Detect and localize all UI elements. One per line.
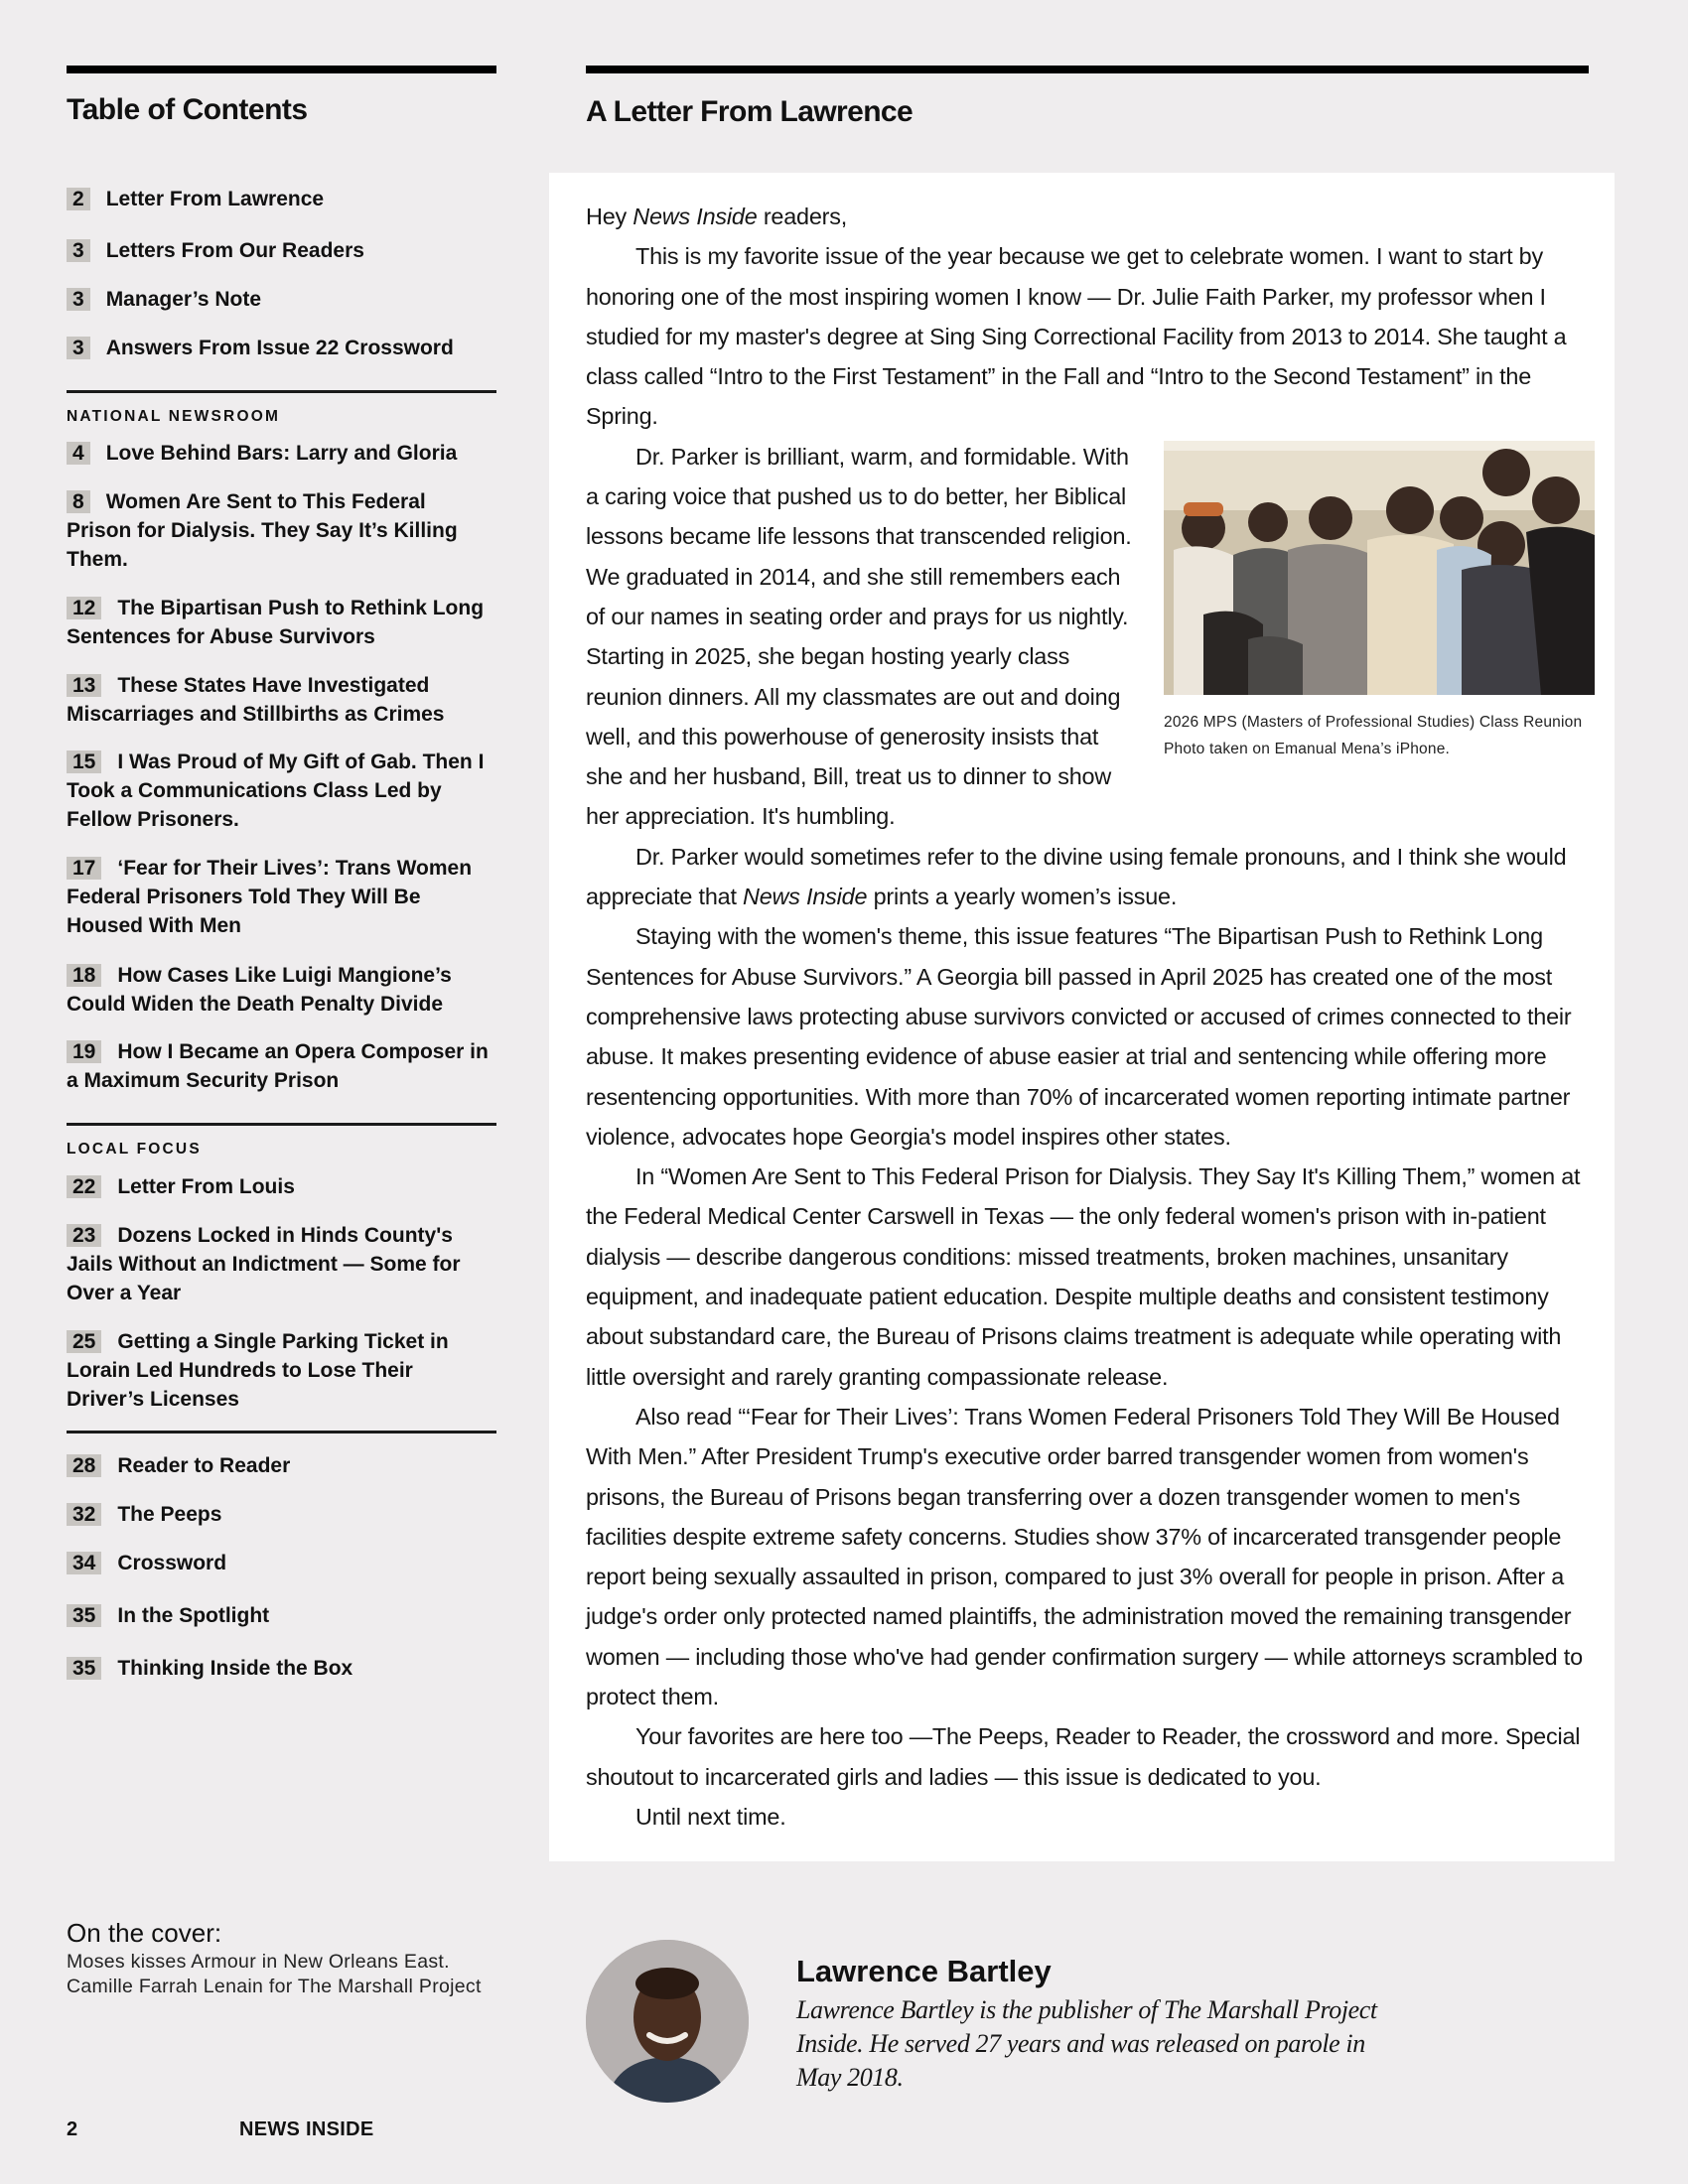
- toc-item[interactable]: 3Manager’s Note: [67, 285, 495, 314]
- author-name: Lawrence Bartley: [796, 1954, 1052, 1989]
- toc-item-title: How I Became an Opera Composer in a Maxi…: [67, 1040, 489, 1092]
- publication-name: News Inside: [743, 884, 867, 909]
- page-number-badge: 4: [67, 442, 90, 465]
- toc-item[interactable]: 2Letter From Lawrence: [67, 185, 495, 213]
- toc-item[interactable]: 35In the Spotlight: [67, 1601, 495, 1630]
- page-number-badge: 22: [67, 1175, 101, 1198]
- page-number-badge: 19: [67, 1040, 101, 1063]
- toc-divider: [67, 1431, 496, 1433]
- page-number-badge: 32: [67, 1503, 101, 1526]
- page-number-badge: 13: [67, 674, 101, 697]
- toc-item-title: Reader to Reader: [117, 1454, 290, 1477]
- toc-top-rule: [67, 66, 496, 73]
- toc-item-title: Letter From Lawrence: [106, 188, 324, 210]
- page-number-badge: 3: [67, 288, 90, 311]
- author-portrait-illustration: [586, 1940, 749, 2103]
- toc-item[interactable]: 34Crossword: [67, 1549, 495, 1577]
- toc-item-title: Women Are Sent to This Federal Prison fo…: [67, 490, 458, 571]
- reunion-group-photo[interactable]: [1164, 441, 1595, 695]
- letter-title: A Letter From Lawrence: [586, 95, 913, 129]
- page-number-badge: 25: [67, 1330, 101, 1353]
- page-number-badge: 18: [67, 964, 101, 987]
- toc-item-title: I Was Proud of My Gift of Gab. Then I To…: [67, 751, 484, 831]
- page-number-badge: 8: [67, 490, 90, 513]
- page-number-badge: 28: [67, 1454, 101, 1477]
- toc-item-title: The Bipartisan Push to Rethink Long Sent…: [67, 597, 484, 648]
- page-number-badge: 35: [67, 1604, 101, 1627]
- toc-divider: [67, 390, 496, 393]
- toc-item-title: Getting a Single Parking Ticket in Lorai…: [67, 1330, 449, 1411]
- toc-item-title: ‘Fear for Their Lives’: Trans Women Fede…: [67, 857, 472, 937]
- page-number-badge: 34: [67, 1552, 101, 1574]
- toc-item[interactable]: 35Thinking Inside the Box: [67, 1654, 495, 1683]
- page-number: 2: [67, 2118, 77, 2141]
- toc-item-title: Answers From Issue 22 Crossword: [106, 337, 454, 359]
- letter-signoff: Until next time.: [586, 1797, 1589, 1837]
- section-label-local: LOCAL FOCUS: [67, 1141, 202, 1159]
- letter-paragraph: In “Women Are Sent to This Federal Priso…: [586, 1157, 1589, 1397]
- page-number-badge: 23: [67, 1224, 101, 1247]
- letter-paragraph: Staying with the women's theme, this iss…: [586, 916, 1589, 1157]
- page-number-badge: 12: [67, 597, 101, 619]
- toc-item[interactable]: 17‘Fear for Their Lives’: Trans Women Fe…: [67, 854, 495, 940]
- toc-item-title: In the Spotlight: [117, 1604, 269, 1627]
- toc-item[interactable]: 19How I Became an Opera Composer in a Ma…: [67, 1037, 495, 1095]
- toc-item-title: Letters From Our Readers: [106, 239, 364, 262]
- toc-item[interactable]: 18How Cases Like Luigi Mangione’s Could …: [67, 961, 495, 1019]
- toc-item-title: These States Have Investigated Miscarria…: [67, 674, 444, 726]
- toc-item[interactable]: 32The Peeps: [67, 1500, 495, 1529]
- toc-divider: [67, 1123, 496, 1126]
- photo-caption: 2026 MPS (Masters of Professional Studie…: [1164, 709, 1595, 762]
- page-number-badge: 17: [67, 857, 101, 880]
- toc-item[interactable]: 22Letter From Louis: [67, 1172, 495, 1201]
- reunion-photo-figure: 2026 MPS (Masters of Professional Studie…: [1164, 441, 1595, 762]
- page-number-badge: 35: [67, 1657, 101, 1680]
- letter-paragraph: Your favorites are here too —The Peeps, …: [586, 1716, 1589, 1797]
- toc-item-title: How Cases Like Luigi Mangione’s Could Wi…: [67, 964, 452, 1016]
- page-number-badge: 3: [67, 337, 90, 359]
- toc-item-title: Thinking Inside the Box: [117, 1657, 352, 1680]
- toc-item[interactable]: 3Letters From Our Readers: [67, 236, 495, 265]
- cover-label: On the cover:: [67, 1918, 221, 1949]
- letter-paragraph: 2026 MPS (Masters of Professional Studie…: [586, 437, 1589, 837]
- toc-item[interactable]: 25Getting a Single Parking Ticket in Lor…: [67, 1327, 495, 1414]
- toc-item[interactable]: 28Reader to Reader: [67, 1451, 495, 1480]
- toc-item[interactable]: 15I Was Proud of My Gift of Gab. Then I …: [67, 748, 495, 834]
- letter-paragraph: This is my favorite issue of the year be…: [586, 236, 1589, 436]
- author-avatar: [586, 1940, 749, 2103]
- toc-item[interactable]: 3Answers From Issue 22 Crossword: [67, 334, 495, 362]
- letter-body: Hey News Inside readers, This is my favo…: [586, 197, 1589, 1837]
- page-number-badge: 2: [67, 188, 90, 210]
- letter-top-rule: [586, 66, 1589, 73]
- toc-item-title: Dozens Locked in Hinds County's Jails Wi…: [67, 1224, 461, 1304]
- section-label-national: NATIONAL NEWSROOM: [67, 408, 280, 426]
- toc-item-title: Crossword: [117, 1552, 226, 1574]
- letter-paragraph: Dr. Parker would sometimes refer to the …: [586, 837, 1589, 917]
- toc-title: Table of Contents: [67, 93, 308, 127]
- toc-item-title: Manager’s Note: [106, 288, 261, 311]
- toc-item[interactable]: 4Love Behind Bars: Larry and Gloria: [67, 439, 495, 468]
- toc-item-title: The Peeps: [117, 1503, 221, 1526]
- publication-name: News Inside: [633, 204, 757, 229]
- letter-paragraph: Also read “‘Fear for Their Lives’: Trans…: [586, 1397, 1589, 1716]
- group-photo-illustration: [1164, 441, 1595, 695]
- toc-item-title: Love Behind Bars: Larry and Gloria: [106, 442, 458, 465]
- toc-item[interactable]: 12The Bipartisan Push to Rethink Long Se…: [67, 594, 495, 651]
- cover-caption: Moses kisses Armour in New Orleans East.…: [67, 1950, 503, 1999]
- toc-item[interactable]: 23Dozens Locked in Hinds County's Jails …: [67, 1221, 495, 1307]
- letter-greeting: Hey News Inside readers,: [586, 197, 1589, 236]
- page-number-badge: 15: [67, 751, 101, 773]
- publication-footer: NEWS INSIDE: [239, 2118, 374, 2141]
- toc-item-title: Letter From Louis: [117, 1175, 295, 1198]
- toc-item[interactable]: 13These States Have Investigated Miscarr…: [67, 671, 495, 729]
- page-number-badge: 3: [67, 239, 90, 262]
- author-bio: Lawrence Bartley is the publisher of The…: [796, 1993, 1392, 2095]
- toc-item[interactable]: 8Women Are Sent to This Federal Prison f…: [67, 487, 495, 574]
